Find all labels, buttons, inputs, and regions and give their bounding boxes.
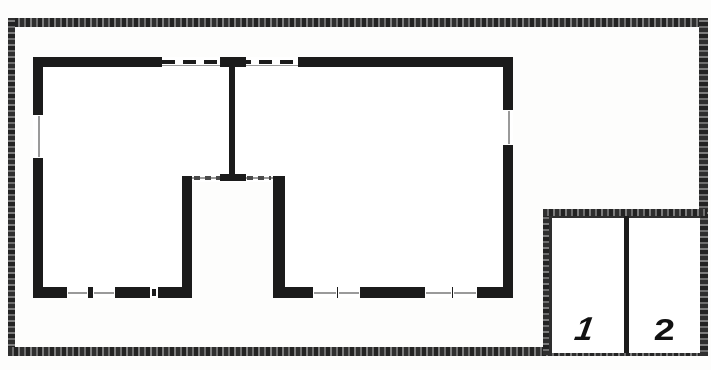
building-wall-right xyxy=(503,57,513,298)
annex-boundary-top xyxy=(543,209,707,216)
window-left-wall xyxy=(33,115,43,158)
building-wall-bottom-right xyxy=(273,287,513,298)
window-bottom-left-2 xyxy=(93,287,115,298)
porch-wall-left xyxy=(182,176,192,298)
opening-bottom-left-small xyxy=(150,287,158,298)
porch-wall-right xyxy=(273,176,285,298)
window-top-left-of-partition xyxy=(162,57,228,67)
window-bottom-right-2 xyxy=(338,287,360,298)
window-right-wall xyxy=(503,110,513,145)
porch-door-opening-left xyxy=(194,176,220,180)
window-bottom-right-1 xyxy=(313,287,337,298)
porch-door-opening-right xyxy=(247,176,271,180)
room-1: 1 xyxy=(552,218,624,352)
boundary-wall-top xyxy=(8,18,708,27)
boundary-wall-left xyxy=(8,18,15,356)
room-2-label: 2 xyxy=(653,316,676,346)
porch-recess xyxy=(192,182,273,298)
floor-plan-canvas: 1 2 xyxy=(0,0,711,370)
window-bottom-left-1 xyxy=(67,287,88,298)
interior-partition-wall xyxy=(229,62,235,176)
room-1-label: 1 xyxy=(570,312,600,345)
building-wall-left xyxy=(33,57,43,298)
room-2: 2 xyxy=(629,218,700,352)
window-bottom-right-3 xyxy=(425,287,452,298)
boundary-wall-right xyxy=(699,18,708,356)
window-bottom-right-4 xyxy=(453,287,477,298)
window-top-right-of-partition xyxy=(238,57,298,67)
